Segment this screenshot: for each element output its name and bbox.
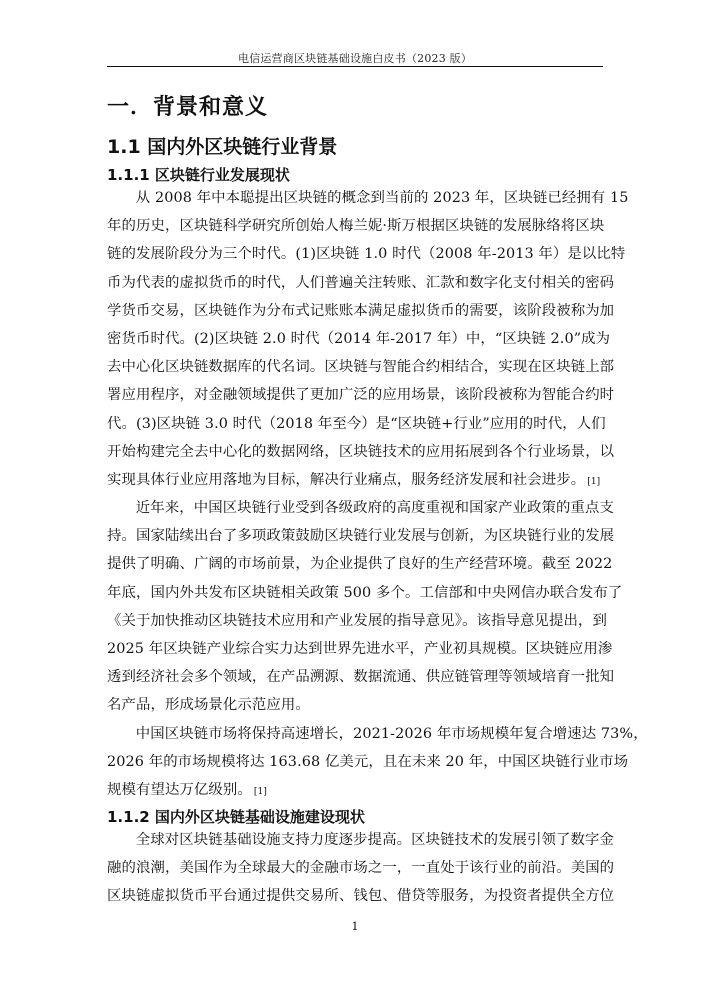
paragraph-policy-support: 近年来，中国区块链行业受到各级政府的高度重视和国家产业政策的重点支持。国家陆续出… — [107, 494, 603, 720]
document-page: 电信运营商区块链基础设施白皮书（2023 版） 一．背景和意义 1.1 国内外区… — [0, 0, 710, 1004]
subsection-heading-2: 1.1.2 国内外区块链基础设施建设现状 — [107, 806, 365, 827]
text-line: 去中心化区块链数据库的代名词。区块链与智能合约相结合，实现在区块链上部 — [107, 353, 603, 381]
text-line: 2026 年的市场规模将达 163.68 亿美元，且在未来 20 年，中国区块链… — [107, 748, 603, 776]
text-line: 名产品，形成场景化示范应用。 — [107, 691, 603, 719]
text-line: 开始构建完全去中心化的数据网络，区块链技术的应用拓展到各个行业场景，以 — [107, 438, 603, 466]
paragraph-market-growth: 中国区块链市场将保持高速增长，2021-2026 年市场规模年复合增速达 73%… — [107, 720, 603, 807]
chapter-heading: 一．背景和意义 — [107, 90, 268, 121]
text-line: 年底，国内外共发布区块链相关政策 500 多个。工信部和中央网信办联合发布了 — [107, 579, 603, 607]
text-line: 全球对区块链基础设施支持力度逐步提高。区块链技术的发展引领了数字金 — [107, 826, 603, 854]
text-line: 学货币交易，区块链作为分布式记账账本满足虚拟货币的需要，该阶段被称为加 — [107, 297, 603, 325]
subsection-heading-1: 1.1.1 区块链行业发展现状 — [107, 164, 290, 185]
text-line: 署应用程序，对金融领域提供了更加广泛的应用场景，该阶段被称为智能合约时 — [107, 381, 603, 409]
page-number: 1 — [0, 920, 710, 933]
paragraph-blockchain-history: 从 2008 年中本聪提出区块链的概念到当前的 2023 年，区块链已经拥有 1… — [107, 184, 603, 496]
text-line: 链的发展阶段分为三个时代。(1)区块链 1.0 时代（2008 年-2013 年… — [107, 240, 603, 268]
text-line: 近年来，中国区块链行业受到各级政府的高度重视和国家产业政策的重点支 — [107, 494, 603, 522]
text-line: 币为代表的虚拟货币的时代，人们普遍关注转账、汇款和数字化支付相关的密码 — [107, 269, 603, 297]
text-line: 透到经济社会多个领域，在产品溯源、数据流通、供应链管理等领域培育一批知 — [107, 663, 603, 691]
text-line: 提供了明确、广阔的市场前景，为企业提供了良好的生产经营环境。截至 2022 — [107, 550, 603, 578]
text-line: 区块链虚拟货币平台通过提供交易所、钱包、借贷等服务，为投资者提供全方位 — [107, 882, 603, 910]
citation-reference[interactable]: [1] — [587, 477, 600, 487]
text-line: 年的历史，区块链科学研究所创始人梅兰妮·斯万根据区块链的发展脉络将区块 — [107, 212, 603, 240]
text-line: 中国区块链市场将保持高速增长，2021-2026 年市场规模年复合增速达 73%… — [107, 720, 603, 748]
text-line: 2025 年区块链产业综合实力达到世界先进水平，产业初具规模。区块链应用渗 — [107, 635, 603, 663]
paragraph-infrastructure: 全球对区块链基础设施支持力度逐步提高。区块链技术的发展引领了数字金融的浪潮，美国… — [107, 826, 603, 911]
text-line: 融的浪潮，美国作为全球最大的金融市场之一，一直处于该行业的前沿。美国的 — [107, 854, 603, 882]
text-line: 《关于加快推动区块链技术应用和产业发展的指导意见》。该指导意见提出，到 — [107, 607, 603, 635]
text-line: 持。国家陆续出台了多项政策鼓励区块链行业发展与创新，为区块链行业的发展 — [107, 522, 603, 550]
text-line: 密货币时代。(2)区块链 2.0 时代（2014 年-2017 年）中，“区块链… — [107, 325, 603, 353]
header-rule — [107, 66, 603, 67]
text-line: 实现具体行业应用落地为目标，解决行业痛点，服务经济发展和社会进步。[1] — [107, 466, 603, 496]
running-header: 电信运营商区块链基础设施白皮书（2023 版） — [107, 50, 603, 66]
section-heading: 1.1 国内外区块链行业背景 — [107, 132, 337, 159]
citation-reference[interactable]: [1] — [254, 787, 267, 797]
text-line: 规模有望达万亿级别。[1] — [107, 776, 603, 806]
text-line: 从 2008 年中本聪提出区块链的概念到当前的 2023 年，区块链已经拥有 1… — [107, 184, 603, 212]
text-line: 代。(3)区块链 3.0 时代（2018 年至今）是“区块链+行业”应用的时代，… — [107, 410, 603, 438]
